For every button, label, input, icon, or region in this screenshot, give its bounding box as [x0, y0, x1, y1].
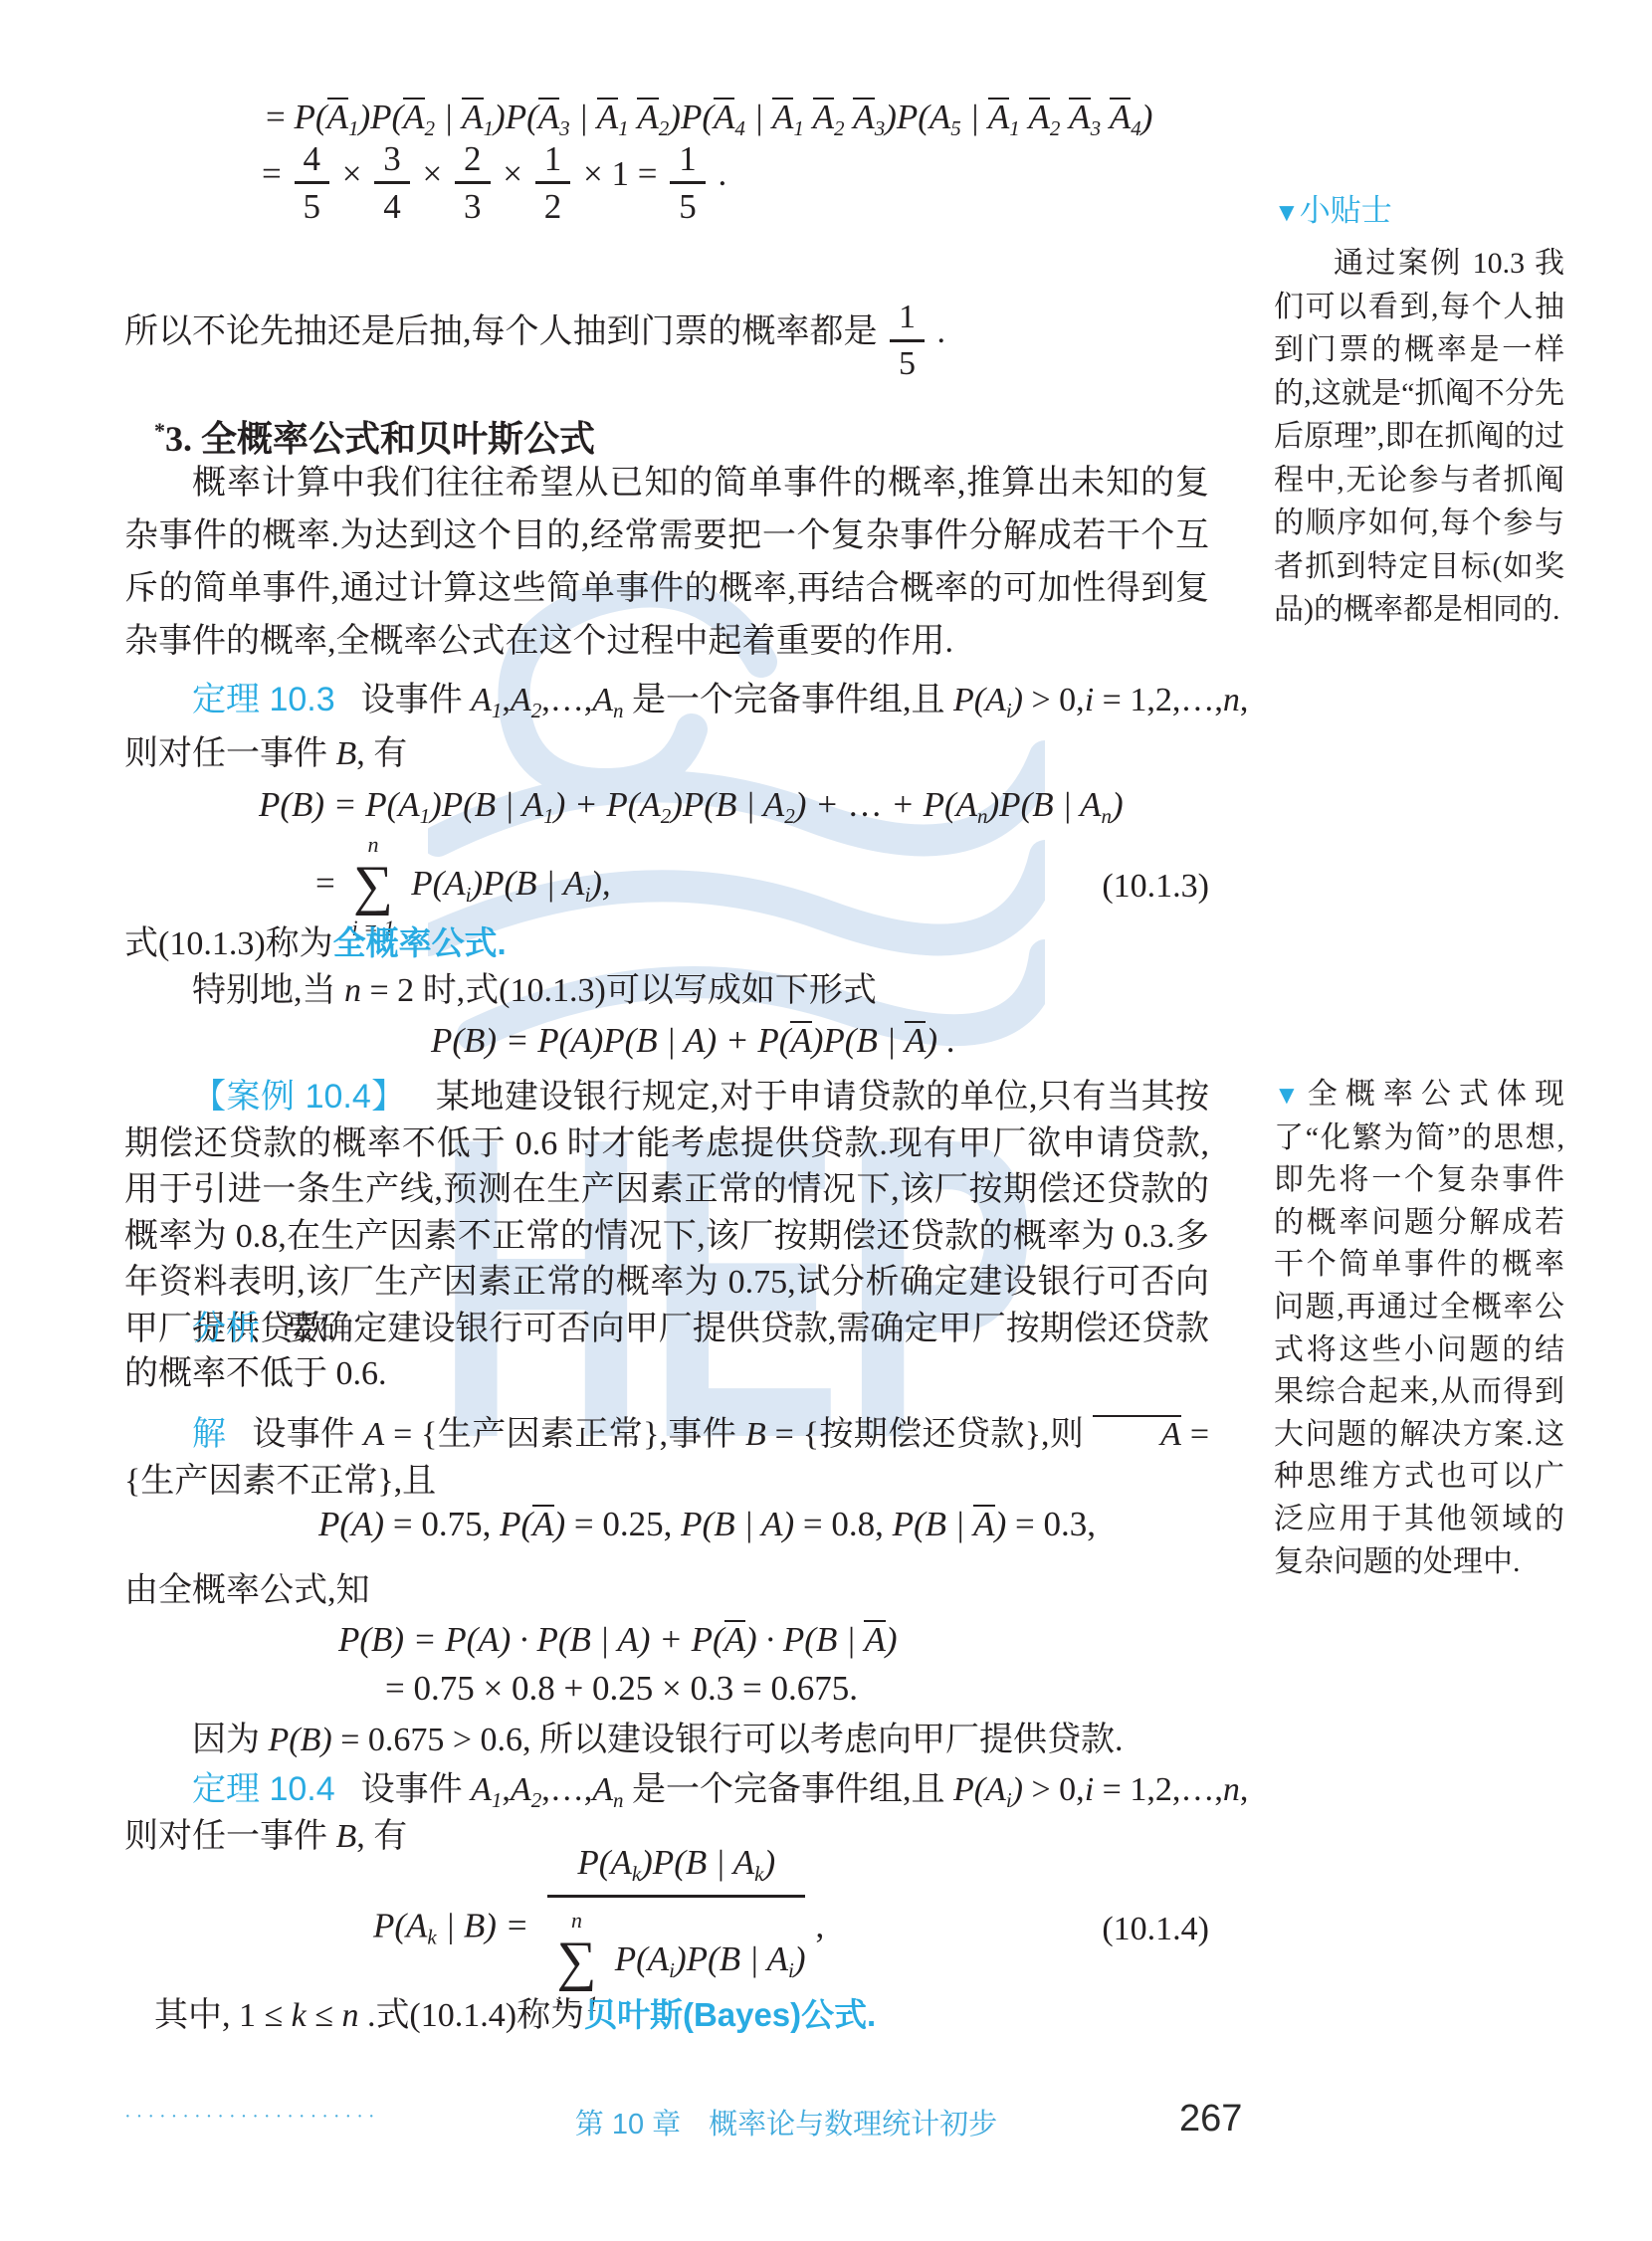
- equation-pb-expansion: P(B) = P(A) · P(B | A) + P(A) · P(B | A): [124, 1620, 1209, 1660]
- theorem-10-4-statement: 设事件 A1,A2,…,An 是一个完备事件组,且 P(Ai) > 0,i = …: [361, 1771, 1249, 1808]
- theorem-10-4-label: 定理 10.4: [192, 1770, 335, 1808]
- formula-text: = 45 × 34 × 23 × 12 × 1 = 15 .: [262, 139, 726, 226]
- equation-n2-form: P(B) = P(A)P(B | A) + P(A)P(B | A) .: [124, 1021, 1209, 1061]
- solution-paragraph: 解设事件 A = {生产因素正常},事件 B = {按期偿还贷款},则 A = …: [124, 1411, 1209, 1505]
- heading-star: *: [154, 418, 165, 443]
- triangle-marker-icon: ▼: [1274, 197, 1300, 227]
- page-number: 267: [1179, 2098, 1242, 2140]
- section-heading: *3. 全概率公式和贝叶斯公式: [124, 411, 1209, 462]
- theorem-10-3-label: 定理 10.3: [192, 681, 335, 718]
- line-special-case-n2: 特别地,当 n = 2 时,式(10.1.3)可以写成如下形式: [124, 964, 1209, 1017]
- solution-label: 解: [192, 1415, 226, 1453]
- line-by-total-probability: 由全概率公式,知: [124, 1564, 1209, 1617]
- paragraph-conclusion-ticket: 所以不论先抽还是后抽,每个人抽到门票的概率都是 15 .: [124, 299, 1209, 383]
- line-total-probability-name: 式(10.1.3)称为全概率公式.: [124, 917, 1209, 970]
- tip-2-text: 全概率公式体现了“化繁为简”的思想,即先将一个复杂事件的概率问题分解成若干个简单…: [1274, 1078, 1564, 1578]
- formula-text: P(A) = 0.75, P(A) = 0.25, P(B | A) = 0.8…: [318, 1505, 1096, 1544]
- tip-2-body: ▼全概率公式体现了“化繁为简”的思想,即先将一个复杂事件的概率问题分解成若干个简…: [1274, 1074, 1564, 1583]
- sidebar-tip-1: ▼小贴士 通过案例 10.3 我们可以看到,每个人抽到门票的概率是一样的,这就是…: [1274, 185, 1564, 632]
- equation-given-probabilities: P(A) = 0.75, P(A) = 0.25, P(B | A) = 0.8…: [124, 1505, 1209, 1544]
- analysis-label: 分析: [192, 1310, 260, 1347]
- formula-text: = P(A1)P(A2 | A1)P(A3 | A1 A2)P(A4 | A1 …: [266, 98, 1152, 137]
- formula-text: P(B) = P(A) · P(B | A) + P(A) · P(B | A): [338, 1620, 898, 1660]
- equation-ticket-product: = P(A1)P(A2 | A1)P(A3 | A1 A2)P(A4 | A1 …: [124, 98, 1209, 137]
- case-10-4-label: 【案例 10.4】: [192, 1078, 406, 1116]
- line-conclusion-loan: 因为 P(B) = 0.675 > 0.6, 所以建设银行可以考虑向甲厂提供贷款…: [124, 1714, 1209, 1766]
- footer-chapter-name: 概率论与数理统计初步: [709, 2109, 997, 2140]
- footer-chapter-number: 第 10 章: [575, 2109, 681, 2140]
- analysis-body: 要确定建设银行可否向甲厂提供贷款,需确定甲厂按期偿还贷款的概率不低于 0.6.: [124, 1311, 1209, 1392]
- theorem-10-3-then-line: 则对任一事件 B, 有: [124, 727, 1209, 780]
- equation-number-10-1-4: (10.1.4): [1102, 1911, 1209, 1948]
- theorem-10-4-line: 定理 10.4设事件 A1,A2,…,An 是一个完备事件组,且 P(Ai) >…: [124, 1763, 1209, 1816]
- equation-number-10-1-3: (10.1.3): [1102, 868, 1209, 906]
- formula-text: P(B) = P(A1)P(B | A1) + P(A2)P(B | A2) +…: [259, 785, 1124, 825]
- triangle-marker-icon: ▼: [1274, 1081, 1308, 1110]
- equation-ticket-fractions: = 45 × 34 × 23 × 12 × 1 = 15 .: [124, 139, 1209, 226]
- tip-1-body: 通过案例 10.3 我们可以看到,每个人抽到门票的概率是一样的,这就是“抓阄不分…: [1274, 242, 1564, 632]
- theorem-10-3-statement: 设事件 A1,A2,…,An 是一个完备事件组,且 P(Ai) > 0,i = …: [361, 682, 1249, 718]
- formula-text: = 0.75 × 0.8 + 0.25 × 0.3 = 0.675.: [385, 1669, 858, 1709]
- paragraph-intro-total-probability: 概率计算中我们往往希望从已知的简单事件的概率,推算出未知的复杂事件的概率.为达到…: [124, 457, 1209, 668]
- heading-text: 3. 全概率公式和贝叶斯公式: [165, 419, 595, 459]
- theorem-10-3-line: 定理 10.3设事件 A1,A2,…,An 是一个完备事件组,且 P(Ai) >…: [124, 674, 1209, 726]
- solution-body: 设事件 A = {生产因素正常},事件 B = {按期偿还贷款},则 A = {…: [124, 1416, 1209, 1500]
- equation-pb-value: = 0.75 × 0.8 + 0.25 × 0.3 = 0.675.: [124, 1669, 1209, 1709]
- line-bayes-name: 其中, 1 ≤ k ≤ n .式(10.1.4)称为贝叶斯(Bayes)公式.: [124, 1988, 1209, 2042]
- equation-10-1-3-expanded: P(B) = P(A1)P(B | A1) + P(A2)P(B | A2) +…: [124, 785, 1209, 825]
- analysis-paragraph: 分析要确定建设银行可否向甲厂提供贷款,需确定甲厂按期偿还贷款的概率不低于 0.6…: [124, 1307, 1209, 1396]
- tip-1-title: 小贴士: [1300, 193, 1392, 228]
- formula-text: P(B) = P(A)P(B | A) + P(A)P(B | A) .: [431, 1021, 955, 1061]
- main-text-column: = P(A1)P(A2 | A1)P(A3 | A1 A2)P(A4 | A1 …: [124, 0, 1209, 2241]
- footer-chapter-title: 第 10 章概率论与数理统计初步: [0, 2102, 1612, 2142]
- tip-1-header: ▼小贴士: [1274, 185, 1564, 230]
- sidebar-tip-2: ▼全概率公式体现了“化繁为简”的思想,即先将一个复杂事件的概率问题分解成若干个简…: [1274, 1074, 1564, 1583]
- textbook-page: HEP = P(A1)P(A2 | A1)P(A3 | A1 A2)P(A4 |…: [0, 0, 1652, 2241]
